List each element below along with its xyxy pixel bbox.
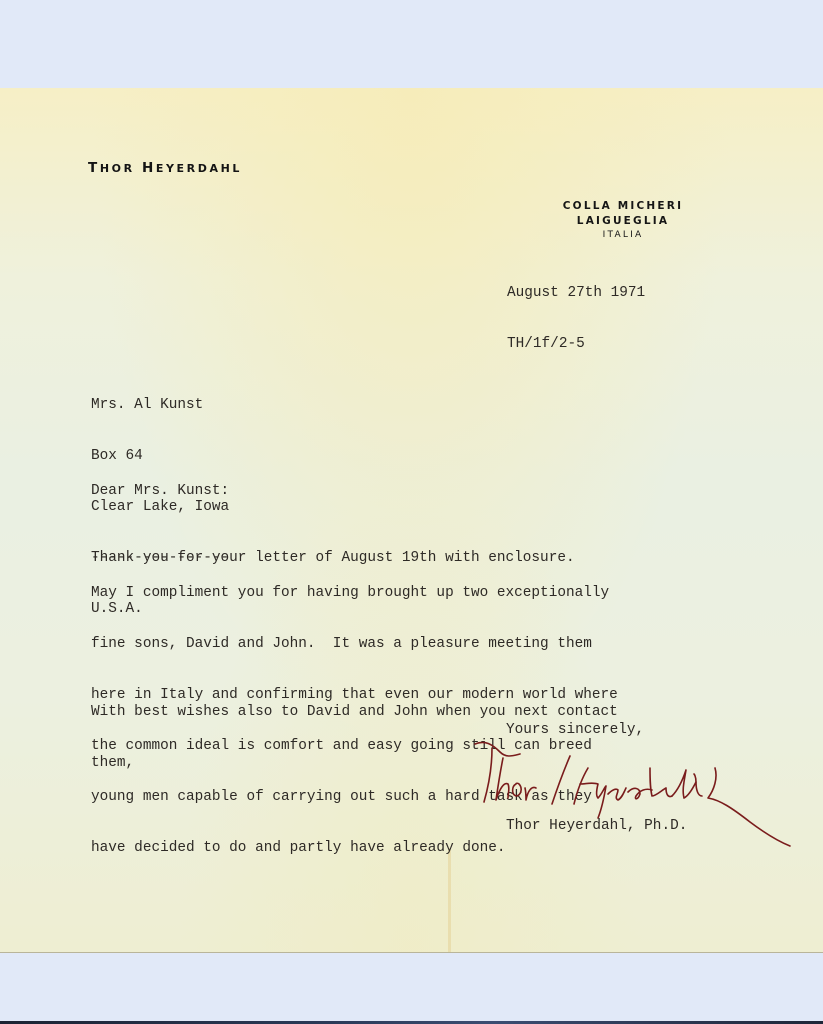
address-line-1: COLLA MICHERI: [530, 199, 716, 214]
letterhead-name: THOR HEYERDAHL: [88, 160, 242, 176]
paragraph-line: May I compliment you for having brought …: [91, 585, 618, 602]
signer-name: Thor Heyerdahl, Ph.D.: [506, 818, 687, 835]
letterhead-last-rest: EYERDAHL: [156, 162, 242, 175]
letterhead-last-initial: H: [142, 160, 156, 176]
recipient-box: Box 64: [91, 448, 229, 465]
dateline: August 27th 1971 TH/1f/2-5: [507, 251, 645, 370]
paragraph-line: With best wishes also to David and John …: [91, 704, 618, 721]
letterhead-first-initial: T: [88, 160, 100, 176]
paragraph-line: fine sons, David and John. It was a plea…: [91, 636, 618, 653]
address-line-3: ITALIA: [530, 228, 716, 243]
salutation: Dear Mrs. Kunst:: [91, 483, 229, 500]
letterhead-first-rest: HOR: [100, 162, 135, 175]
recipient-name: Mrs. Al Kunst: [91, 397, 229, 414]
complimentary-close: Yours sincerely,: [506, 722, 644, 739]
letterhead-address: COLLA MICHERI LAIGUEGLIA ITALIA: [530, 199, 716, 243]
address-line-2: LAIGUEGLIA: [530, 214, 716, 229]
reference-code: TH/1f/2-5: [507, 336, 645, 353]
recipient-city: Clear Lake, Iowa: [91, 499, 229, 516]
letter-date: August 27th 1971: [507, 285, 645, 302]
handwritten-signature: [470, 738, 800, 853]
